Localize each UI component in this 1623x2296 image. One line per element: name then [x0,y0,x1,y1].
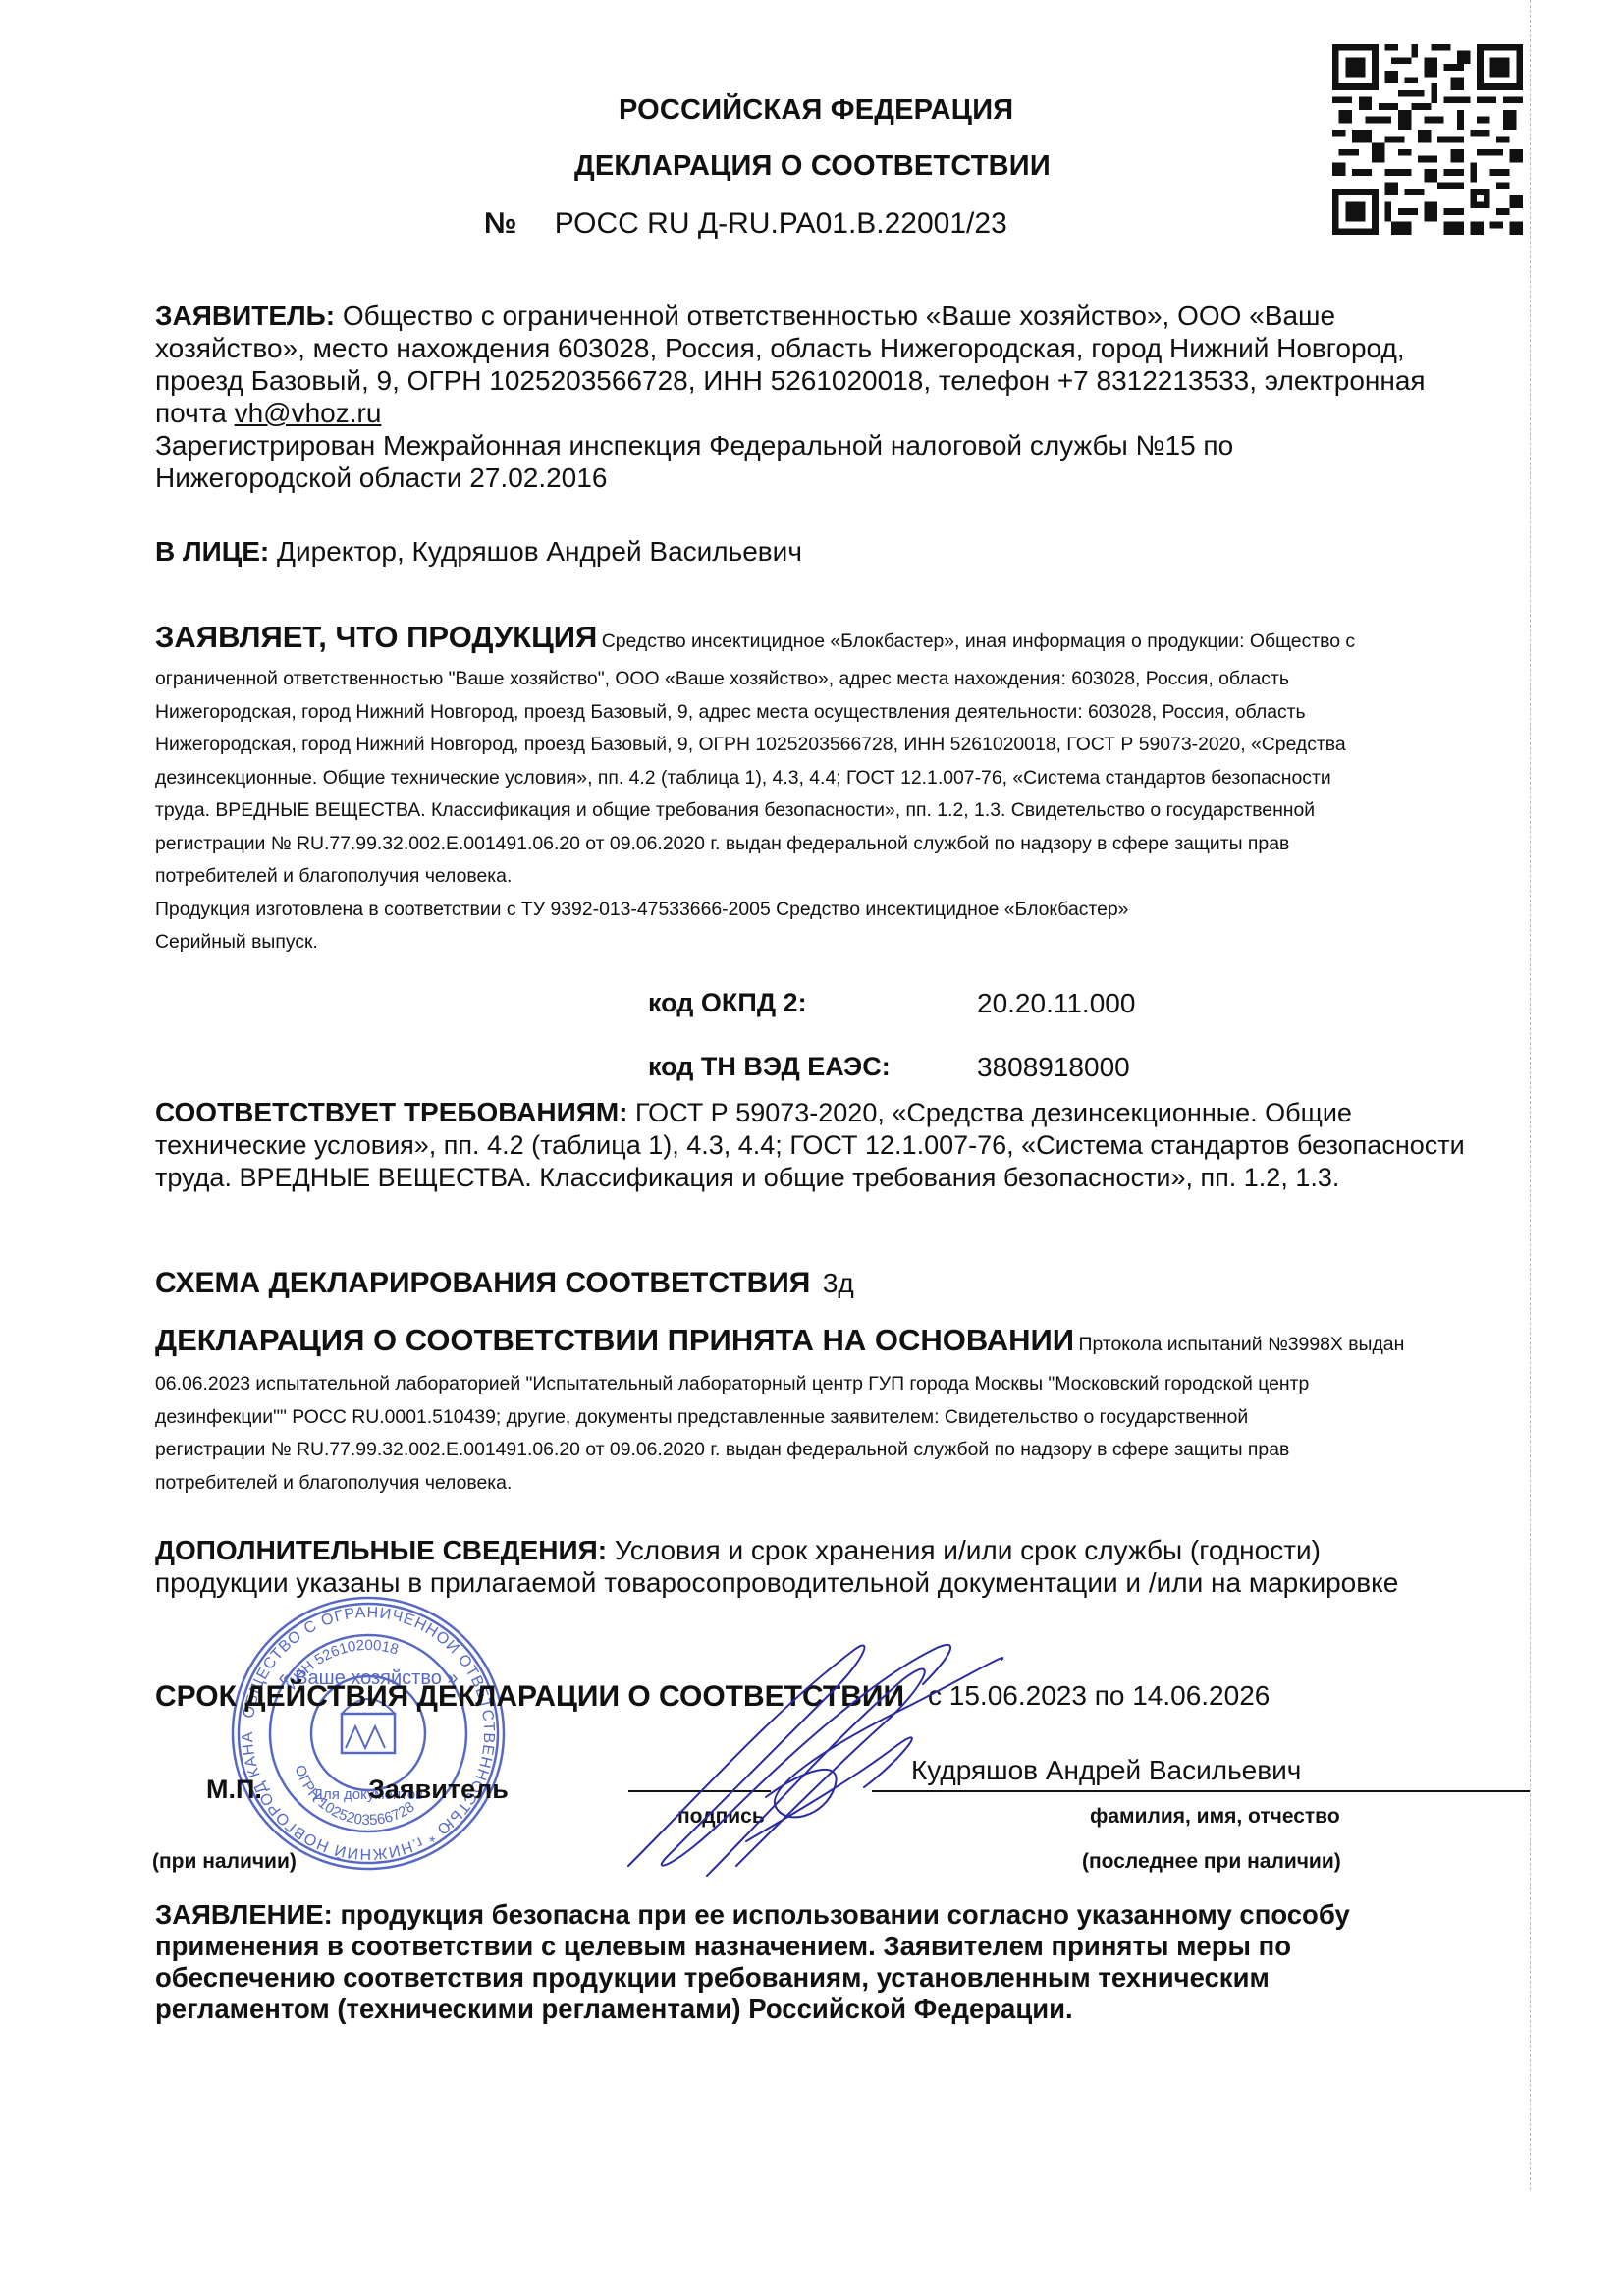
applicant-line-1: Общество с ограниченной ответственностью… [343,301,1335,331]
okpd-value: 20.20.11.000 [977,988,1135,1019]
statement-line-1: продукция безопасна при ее использовании… [340,1899,1349,1930]
declaration-number: РОСС RU Д-RU.PA01.В.22001/23 [555,207,1007,240]
product-line: Нижегородская, город Нижний Новгород, пр… [155,696,1355,730]
product-line-1: Средство инсектицидное «Блокбастер», ина… [602,630,1355,652]
basis-line: регистрации № RU.77.99.32.002.E.001491.0… [155,1434,1404,1467]
requirements-line: труда. ВРЕДНЫЕ ВЕЩЕСТВА. Классификация и… [155,1162,1465,1194]
statement-line: применения в соответствии с целевым назн… [155,1931,1350,1962]
basis-section: ДЕКЛАРАЦИЯ О СООТВЕТСТВИИ ПРИНЯТА НА ОСН… [155,1319,1404,1500]
product-label: ЗАЯВЛЯЕТ, ЧТО ПРОДУКЦИЯ [155,620,597,654]
basis-label: ДЕКЛАРАЦИЯ О СООТВЕТСТВИИ ПРИНЯТА НА ОСН… [155,1323,1074,1357]
name-caption: фамилия, имя, отчество [1090,1805,1340,1829]
handwritten-signature-icon [609,1630,1021,1886]
applicant-email-label: почта [155,398,235,428]
tnved-label: код ТН ВЭД ЕАЭС: [648,1052,891,1082]
basis-line: дезинфекции"" РОСС RU.0001.510439; други… [155,1401,1404,1435]
product-line: труда. ВРЕДНЫЕ ВЕЩЕСТВА. Классификация и… [155,794,1355,828]
product-serial-line: Серийный выпуск. [155,926,1355,959]
requirements-section: СООТВЕТСТВУЕТ ТРЕБОВАНИЯМ: ГОСТ Р 59073-… [155,1096,1465,1194]
product-line: дезинсекционные. Общие технические услов… [155,762,1355,795]
okpd-label: код ОКПД 2: [648,988,807,1018]
document-title: ДЕКЛАРАЦИЯ О СООТВЕТСТВИИ [574,150,1051,183]
declaration-number-line: № РОСС RU Д-RU.PA01.В.22001/23 [484,207,1007,241]
product-line: ограниченной ответственностью "Ваше хозя… [155,663,1355,696]
product-line: Нижегородская, город Нижний Новгород, пр… [155,729,1355,762]
product-line: регистрации № RU.77.99.32.002.E.001491.0… [155,828,1355,861]
country-title: РОССИЙСКАЯ ФЕДЕРАЦИЯ [619,94,1013,127]
applicant-email-link[interactable]: vh@vhoz.ru [235,398,382,428]
applicant-line-3: проезд Базовый, 9, ОГРН 1025203566728, И… [155,364,1426,397]
basis-line: потребителей и благополучия человека. [155,1467,1404,1501]
additional-label: ДОПОЛНИТЕЛЬНЫЕ СВЕДЕНИЯ: [155,1535,607,1565]
scheme-label: СХЕМА ДЕКЛАРИРОВАНИЯ СООТВЕТСТВИЯ [155,1267,810,1299]
applicant-label: ЗАЯВИТЕЛЬ: [155,301,335,331]
basis-line: 06.06.2023 испытательной лабораторией "И… [155,1368,1404,1401]
number-sign: № [484,207,516,240]
representative-section: В ЛИЦЕ: Директор, Кудряшов Андрей Василь… [155,535,802,568]
additional-line-1: Условия и срок хранения и/или срок служб… [615,1535,1321,1565]
additional-section: ДОПОЛНИТЕЛЬНЫЕ СВЕДЕНИЯ: Условия и срок … [155,1534,1398,1599]
requirements-line: технические условия», пп. 4.2 (таблица 1… [155,1129,1465,1162]
representative-value: Директор, Кудряшов Андрей Васильевич [277,536,802,567]
registration-line-1: Зарегистрирован Межрайонная инспекция Фе… [155,429,1426,462]
qr-code-icon[interactable] [1332,44,1523,235]
statement-line: регламентом (техническими регламентами) … [155,1994,1350,2025]
scheme-value: 3д [823,1268,854,1298]
applicant-line-2: хозяйство», место нахождения 603028, Рос… [155,332,1426,364]
registration-line-2: Нижегородской области 27.02.2016 [155,462,1426,494]
scan-edge-line [1530,0,1531,2190]
statement-label: ЗАЯВЛЕНИЕ: [155,1899,333,1930]
product-manufactured-line: Продукция изготовлена в соответствии с Т… [155,894,1355,927]
statement-line: обеспечению соответствия продукции требо… [155,1962,1350,1994]
representative-label: В ЛИЦЕ: [155,536,269,567]
requirements-label: СООТВЕТСТВУЕТ ТРЕБОВАНИЯМ: [155,1097,627,1127]
mp-label: М.П. [206,1775,262,1805]
applicant-section: ЗАЯВИТЕЛЬ: Общество с ограниченной ответ… [155,300,1426,494]
applicant-sign-label: Заявитель [368,1775,509,1805]
basis-line-1: Пртокола испытаний №3998Х выдан [1079,1334,1405,1355]
statement-section: ЗАЯВЛЕНИЕ: продукция безопасна при ее ис… [155,1899,1350,2025]
name-caption-note: (последнее при наличии) [1082,1850,1341,1874]
product-line: потребителей и благополучия человека. [155,860,1355,894]
tnved-value: 3808918000 [977,1052,1130,1083]
company-stamp-icon: ОБЩЕСТВО С ОГРАНИЧЕННОЙ ОТВЕТСТВЕННОСТЬЮ… [226,1591,511,1876]
mp-note: (при наличии) [152,1850,297,1874]
product-section: ЗАЯВЛЯЕТ, ЧТО ПРОДУКЦИЯ Средство инсекти… [155,618,1355,959]
scheme-section: СХЕМА ДЕКЛАРИРОВАНИЯ СООТВЕТСТВИЯ 3д [155,1267,854,1300]
requirements-line-1: ГОСТ Р 59073-2020, «Средства дезинсекцио… [635,1098,1352,1127]
